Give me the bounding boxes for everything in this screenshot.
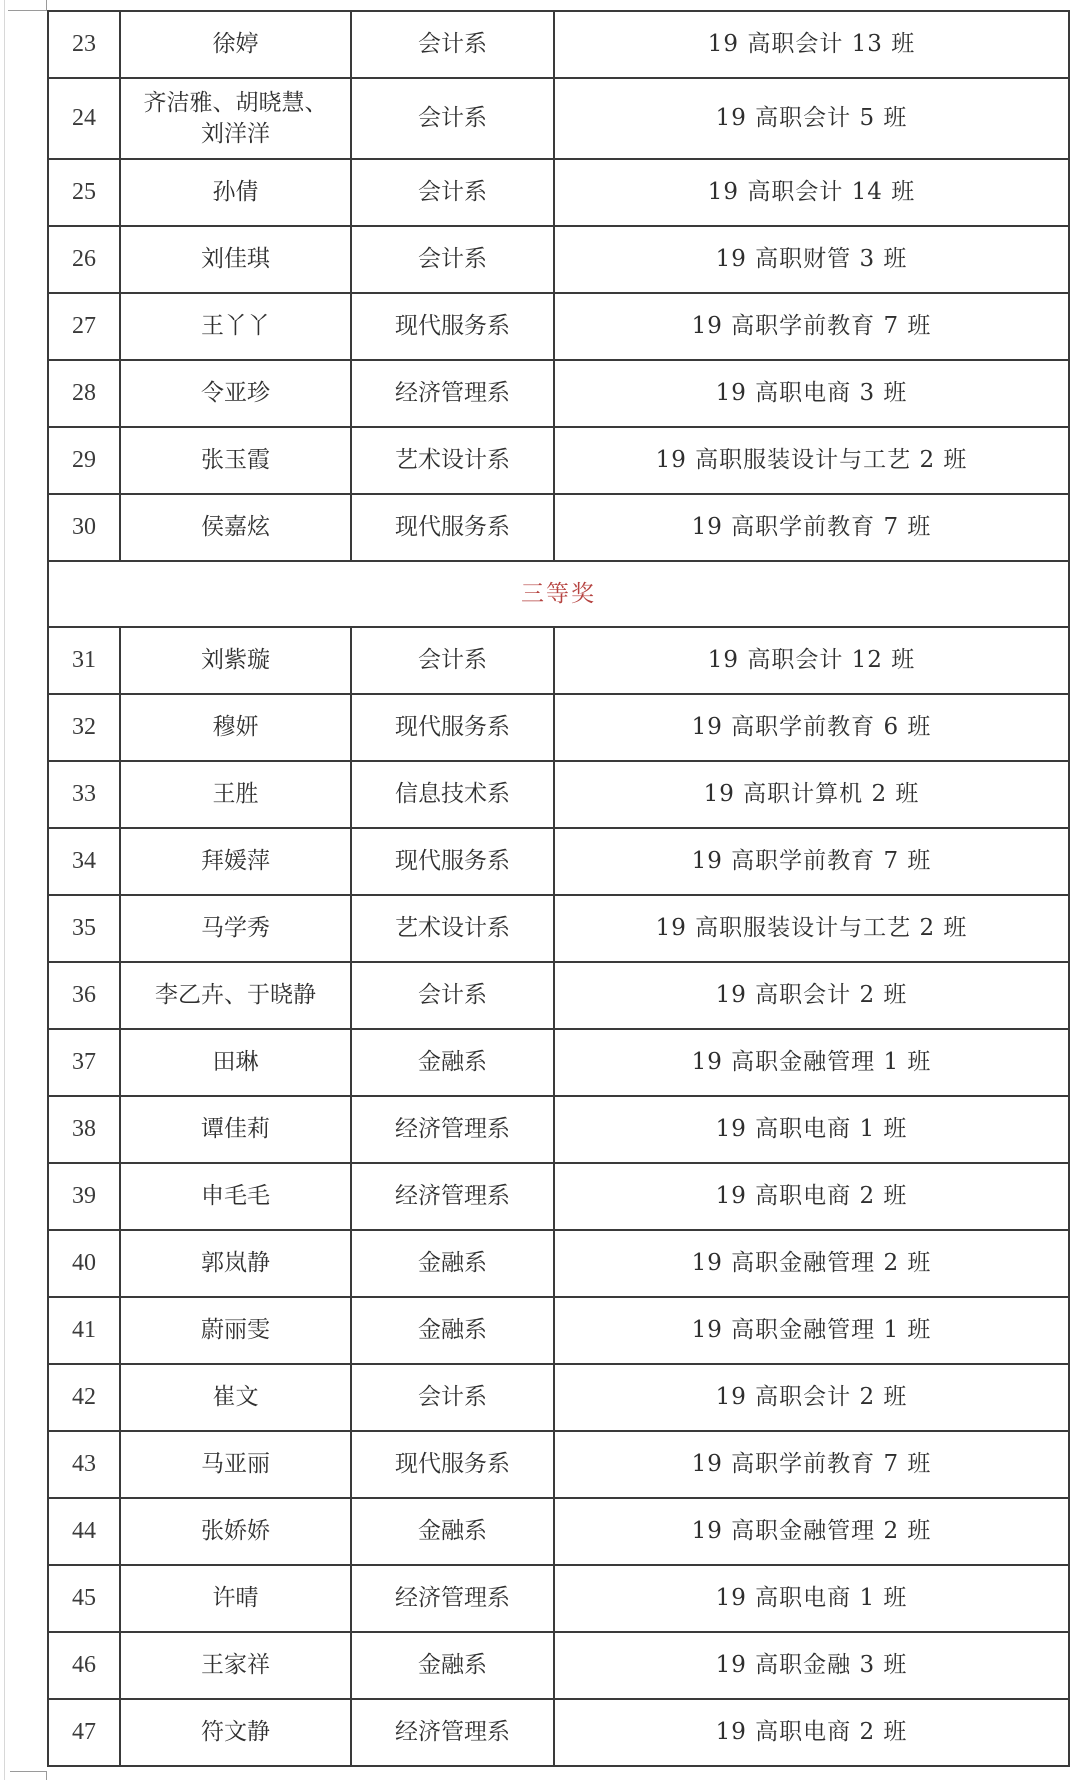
row-number: 31: [48, 627, 120, 694]
row-number: 39: [48, 1163, 120, 1230]
table-row: 32 穆妍 现代服务系 19 高职学前教育 6 班: [48, 694, 1069, 761]
class-name: 19 高职电商 3 班: [554, 360, 1069, 427]
department: 会计系: [351, 159, 554, 226]
class-name: 19 高职金融管理 2 班: [554, 1230, 1069, 1297]
student-name: 谭佳莉: [120, 1096, 351, 1163]
student-name: 齐洁雅、胡晓慧、刘洋洋: [120, 78, 351, 159]
department: 会计系: [351, 11, 554, 78]
row-number: 24: [48, 78, 120, 159]
class-name: 19 高职学前教育 6 班: [554, 694, 1069, 761]
row-number: 38: [48, 1096, 120, 1163]
department: 艺术设计系: [351, 427, 554, 494]
student-name: 许晴: [120, 1565, 351, 1632]
table-row: 46 王家祥 金融系 19 高职金融 3 班: [48, 1632, 1069, 1699]
row-number: 41: [48, 1297, 120, 1364]
department: 经济管理系: [351, 1699, 554, 1766]
row-number: 32: [48, 694, 120, 761]
class-name: 19 高职会计 13 班: [554, 11, 1069, 78]
department: 现代服务系: [351, 1431, 554, 1498]
department: 金融系: [351, 1632, 554, 1699]
table-row: 33 王胜 信息技术系 19 高职计算机 2 班: [48, 761, 1069, 828]
table-row: 24 齐洁雅、胡晓慧、刘洋洋 会计系 19 高职会计 5 班: [48, 78, 1069, 159]
table-row: 37 田琳 金融系 19 高职金融管理 1 班: [48, 1029, 1069, 1096]
class-name: 19 高职会计 2 班: [554, 1364, 1069, 1431]
class-name: 19 高职学前教育 7 班: [554, 293, 1069, 360]
class-name: 19 高职电商 2 班: [554, 1699, 1069, 1766]
table-row: 44 张娇娇 金融系 19 高职金融管理 2 班: [48, 1498, 1069, 1565]
student-name: 李乙卉、于晓静: [120, 962, 351, 1029]
row-number: 25: [48, 159, 120, 226]
row-number: 33: [48, 761, 120, 828]
student-name: 穆妍: [120, 694, 351, 761]
class-name: 19 高职学前教育 7 班: [554, 1431, 1069, 1498]
crop-mark-bottom-horizontal: [10, 1771, 47, 1772]
table-row: 43 马亚丽 现代服务系 19 高职学前教育 7 班: [48, 1431, 1069, 1498]
student-name: 符文静: [120, 1699, 351, 1766]
table-row: 25 孙倩 会计系 19 高职会计 14 班: [48, 159, 1069, 226]
section-header-row: 三等奖: [48, 561, 1069, 627]
department: 会计系: [351, 627, 554, 694]
student-name: 刘紫璇: [120, 627, 351, 694]
row-number: 37: [48, 1029, 120, 1096]
class-name: 19 高职计算机 2 班: [554, 761, 1069, 828]
table-row: 40 郭岚静 金融系 19 高职金融管理 2 班: [48, 1230, 1069, 1297]
student-name: 田琳: [120, 1029, 351, 1096]
crop-mark-top-horizontal: [8, 10, 47, 11]
row-number: 29: [48, 427, 120, 494]
department: 会计系: [351, 1364, 554, 1431]
table-row: 26 刘佳琪 会计系 19 高职财管 3 班: [48, 226, 1069, 293]
table-row: 23 徐婷 会计系 19 高职会计 13 班: [48, 11, 1069, 78]
table-row: 28 令亚珍 经济管理系 19 高职电商 3 班: [48, 360, 1069, 427]
row-number: 26: [48, 226, 120, 293]
class-name: 19 高职电商 2 班: [554, 1163, 1069, 1230]
row-number: 47: [48, 1699, 120, 1766]
class-name: 19 高职金融 3 班: [554, 1632, 1069, 1699]
department: 金融系: [351, 1029, 554, 1096]
student-name: 王胜: [120, 761, 351, 828]
row-number: 40: [48, 1230, 120, 1297]
class-name: 19 高职电商 1 班: [554, 1096, 1069, 1163]
class-name: 19 高职学前教育 7 班: [554, 828, 1069, 895]
row-number: 28: [48, 360, 120, 427]
department: 现代服务系: [351, 293, 554, 360]
page-margin-line: [4, 0, 5, 1780]
table-row: 39 申毛毛 经济管理系 19 高职电商 2 班: [48, 1163, 1069, 1230]
student-name: 徐婷: [120, 11, 351, 78]
student-name: 崔文: [120, 1364, 351, 1431]
table-row: 27 王丫丫 现代服务系 19 高职学前教育 7 班: [48, 293, 1069, 360]
crop-mark-top-vertical: [46, 0, 47, 10]
student-name: 张娇娇: [120, 1498, 351, 1565]
student-name: 张玉霞: [120, 427, 351, 494]
department: 经济管理系: [351, 1565, 554, 1632]
class-name: 19 高职金融管理 1 班: [554, 1297, 1069, 1364]
table-row: 42 崔文 会计系 19 高职会计 2 班: [48, 1364, 1069, 1431]
table-row: 31 刘紫璇 会计系 19 高职会计 12 班: [48, 627, 1069, 694]
department: 艺术设计系: [351, 895, 554, 962]
class-name: 19 高职电商 1 班: [554, 1565, 1069, 1632]
department: 金融系: [351, 1230, 554, 1297]
student-name: 王丫丫: [120, 293, 351, 360]
row-number: 46: [48, 1632, 120, 1699]
award-table-body: 23 徐婷 会计系 19 高职会计 13 班 24 齐洁雅、胡晓慧、刘洋洋 会计…: [48, 11, 1069, 1766]
student-name: 刘佳琪: [120, 226, 351, 293]
student-name: 王家祥: [120, 1632, 351, 1699]
student-name: 侯嘉炫: [120, 494, 351, 561]
student-name: 拜媛萍: [120, 828, 351, 895]
row-number: 23: [48, 11, 120, 78]
student-name: 郭岚静: [120, 1230, 351, 1297]
department: 会计系: [351, 962, 554, 1029]
class-name: 19 高职财管 3 班: [554, 226, 1069, 293]
table-row: 41 蔚丽雯 金融系 19 高职金融管理 1 班: [48, 1297, 1069, 1364]
award-list-table: 23 徐婷 会计系 19 高职会计 13 班 24 齐洁雅、胡晓慧、刘洋洋 会计…: [47, 10, 1070, 1767]
row-number: 36: [48, 962, 120, 1029]
department: 会计系: [351, 78, 554, 159]
department: 现代服务系: [351, 694, 554, 761]
department: 金融系: [351, 1498, 554, 1565]
class-name: 19 高职会计 5 班: [554, 78, 1069, 159]
department: 会计系: [351, 226, 554, 293]
table-row: 38 谭佳莉 经济管理系 19 高职电商 1 班: [48, 1096, 1069, 1163]
student-name: 马亚丽: [120, 1431, 351, 1498]
table-row: 30 侯嘉炫 现代服务系 19 高职学前教育 7 班: [48, 494, 1069, 561]
table-row: 36 李乙卉、于晓静 会计系 19 高职会计 2 班: [48, 962, 1069, 1029]
class-name: 19 高职会计 2 班: [554, 962, 1069, 1029]
student-name: 马学秀: [120, 895, 351, 962]
table-row: 29 张玉霞 艺术设计系 19 高职服装设计与工艺 2 班: [48, 427, 1069, 494]
department: 经济管理系: [351, 1163, 554, 1230]
crop-mark-bottom-vertical: [46, 1771, 47, 1780]
student-name: 令亚珍: [120, 360, 351, 427]
department: 经济管理系: [351, 360, 554, 427]
table-row: 34 拜媛萍 现代服务系 19 高职学前教育 7 班: [48, 828, 1069, 895]
table-row: 47 符文静 经济管理系 19 高职电商 2 班: [48, 1699, 1069, 1766]
table-row: 35 马学秀 艺术设计系 19 高职服装设计与工艺 2 班: [48, 895, 1069, 962]
section-title-third-prize: 三等奖: [48, 561, 1069, 627]
class-name: 19 高职金融管理 1 班: [554, 1029, 1069, 1096]
department: 信息技术系: [351, 761, 554, 828]
student-name: 孙倩: [120, 159, 351, 226]
department: 现代服务系: [351, 828, 554, 895]
class-name: 19 高职会计 12 班: [554, 627, 1069, 694]
class-name: 19 高职会计 14 班: [554, 159, 1069, 226]
department: 经济管理系: [351, 1096, 554, 1163]
row-number: 43: [48, 1431, 120, 1498]
student-name: 申毛毛: [120, 1163, 351, 1230]
class-name: 19 高职金融管理 2 班: [554, 1498, 1069, 1565]
row-number: 45: [48, 1565, 120, 1632]
row-number: 30: [48, 494, 120, 561]
row-number: 42: [48, 1364, 120, 1431]
row-number: 27: [48, 293, 120, 360]
department: 金融系: [351, 1297, 554, 1364]
class-name: 19 高职服装设计与工艺 2 班: [554, 895, 1069, 962]
department: 现代服务系: [351, 494, 554, 561]
class-name: 19 高职学前教育 7 班: [554, 494, 1069, 561]
class-name: 19 高职服装设计与工艺 2 班: [554, 427, 1069, 494]
row-number: 44: [48, 1498, 120, 1565]
student-name: 蔚丽雯: [120, 1297, 351, 1364]
table-row: 45 许晴 经济管理系 19 高职电商 1 班: [48, 1565, 1069, 1632]
row-number: 34: [48, 828, 120, 895]
row-number: 35: [48, 895, 120, 962]
